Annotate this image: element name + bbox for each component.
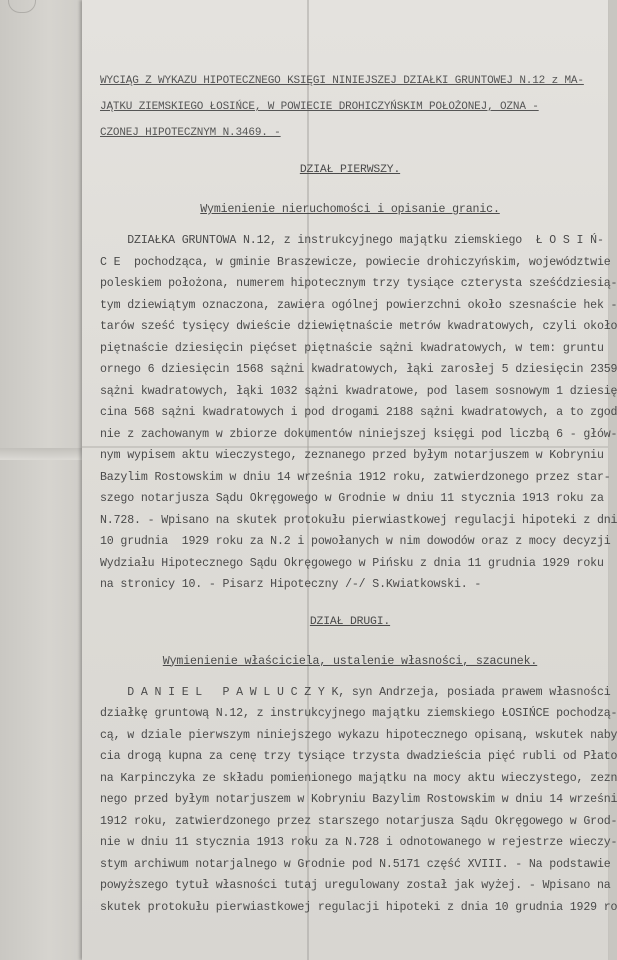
text-line: cia drogą kupna za cenę trzy tysiące trz… [100,746,600,768]
section1-body: DZIAŁKA GRUNTOWA N.12, z instrukcyjnego … [100,230,600,596]
text-line: 10 grudnia 1929 roku za N.2 i powołanych… [100,531,600,553]
text-line: N.728. - Wpisano na skutek protokułu pie… [100,510,600,532]
section1-title: DZIAŁ PIERWSZY. [100,150,600,190]
text-line: na Karpinczyka ze składu pomienionego ma… [100,768,600,790]
section2-title: DZIAŁ DRUGI. [100,602,600,642]
text-line: nie w dniu 11 stycznia 1913 roku za N.72… [100,832,600,854]
text-line: Wydziału Hipotecznego Sądu Okręgowego w … [100,553,600,575]
text-line: DZIAŁKA GRUNTOWA N.12, z instrukcyjnego … [100,230,600,252]
text-line: tarów sześć tysięcy dwieście dziewiętnaś… [100,316,600,338]
text-line: Bazylim Rostowskim w dniu 14 września 19… [100,467,600,489]
owner-line: D A N I E L P A W L U C Z Y K, syn Andrz… [100,682,600,704]
document-text: WYCIĄG Z WYKAZU HIPOTECZNEGO KSIĘGI NINI… [100,68,600,918]
text-line: 1912 roku, zatwierdzonego przez starszeg… [100,811,600,833]
text-line: tym dziewiątym oznaczona, zawiera ogólne… [100,295,600,317]
text-line: ornego 6 dziesięcin 1568 sążni kwadratow… [100,359,600,381]
text-line: skutek protokułu pierwiastkowej regulacj… [100,897,600,919]
text-line: C E pochodząca, w gminie Braszewicze, po… [100,252,600,274]
text-line: cą, w dziale pierwszym niniejszego wykaz… [100,725,600,747]
page-mark [8,0,36,13]
section2-body: D A N I E L P A W L U C Z Y K, syn Andrz… [100,682,600,919]
document-heading: WYCIĄG Z WYKAZU HIPOTECZNEGO KSIĘGI NINI… [100,68,600,146]
heading-line: CZONEJ HIPOTECZNYM N.3469. - [100,120,600,146]
text-line: sążni kwadratowych, łąki 1032 sążni kwad… [100,381,600,403]
text-line: szego notarjusza Sądu Okręgowego w Grodn… [100,488,600,510]
text-line: cina 568 sążni kwadratowych i pod drogam… [100,402,600,424]
text-line: piętnaście dziesięcin pięćset piętnaście… [100,338,600,360]
text-line: nie z zachowanym w zbiorze dokumentów ni… [100,424,600,446]
text-line: stym archiwum notarjalnego w Grodnie pod… [100,854,600,876]
heading-line: WYCIĄG Z WYKAZU HIPOTECZNEGO KSIĘGI NINI… [100,68,600,94]
text-line: nego przed byłym notarjuszem w Kobryniu … [100,789,600,811]
heading-line: JĄTKU ZIEMSKIEGO ŁOSIŃCE, W POWIECIE DRO… [100,94,600,120]
text-line: działkę gruntową N.12, z instrukcyjnego … [100,703,600,725]
section1-subtitle: Wymienienie nieruchomości i opisanie gra… [100,190,600,230]
owner-name: D A N I E L P A W L U C Z Y K [127,686,338,699]
text-line: poleskiem położona, numerem hipotecznym … [100,273,600,295]
owner-line-rest: , syn Andrzeja, posiada prawem własności [338,686,610,699]
section2-subtitle: Wymienienie właściciela, ustalenie własn… [100,642,600,682]
text-line: powyższego tytuł własności tutaj uregulo… [100,875,600,897]
paper-fold [0,448,82,460]
background-sheet [0,0,82,960]
text-line: na stronicy 10. - Pisarz Hipoteczny /-/ … [100,574,600,596]
text-line: nym wypisem aktu wieczystego, zeznanego … [100,445,600,467]
